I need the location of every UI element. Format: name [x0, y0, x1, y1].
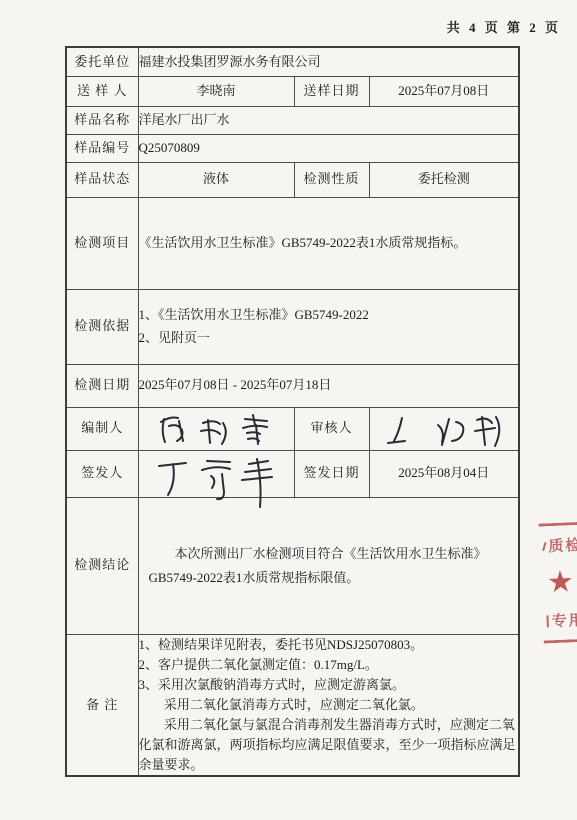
conclusion-cell: 本次所测出厂水检测项目符合《生活饮用水卫生标准》GB5749-2022表1水质常…: [138, 497, 519, 634]
scanned-report-page: 共 4 页 第 2 页 委托单位 福建水投集团罗源水务有限公司 送 样 人 李晓…: [0, 0, 577, 820]
row-sample-no: 样品编号 Q25070809: [66, 134, 519, 162]
stamp-border-bottom: [544, 637, 577, 643]
test-items-label: 检测项目: [66, 197, 138, 289]
preparer-label: 编制人: [66, 407, 138, 450]
row-remarks: 备 注 1、检测结果详见附表，委托书见NDSJ25070803。 2、客户提供二…: [66, 634, 519, 776]
sampler-label: 送 样 人: [66, 76, 138, 106]
test-basis-line: 1、《生活饮用水卫生标准》GB5749-2022: [139, 304, 519, 326]
stamp-text-row-top: 质检: [539, 534, 577, 554]
reviewer-signature: [369, 407, 519, 450]
remarks-label: 备 注: [66, 634, 138, 776]
client-value: 福建水投集团罗源水务有限公司: [138, 47, 519, 76]
remarks-content: 1、检测结果详见附表，委托书见NDSJ25070803。 2、客户提供二氧化氯测…: [138, 634, 519, 776]
stamp-glyph-fragment: [538, 541, 546, 551]
row-sampler: 送 样 人 李晓南 送样日期 2025年07月08日: [66, 76, 519, 106]
conclusion-label: 检测结论: [66, 497, 138, 634]
stamp-border-top: [538, 520, 577, 526]
row-client: 委托单位 福建水投集团罗源水务有限公司: [66, 47, 519, 76]
report-info-table: 委托单位 福建水投集团罗源水务有限公司 送 样 人 李晓南 送样日期 2025年…: [65, 46, 520, 777]
test-basis-label: 检测依据: [66, 289, 138, 364]
sample-name-value: 洋尾水厂出厂水: [138, 106, 519, 134]
test-nature-label: 检测性质: [294, 162, 369, 197]
sample-no-value: Q25070809: [138, 134, 519, 162]
sample-name-label: 样品名称: [66, 106, 138, 134]
test-date-label: 检测日期: [66, 364, 138, 407]
sample-date-label: 送样日期: [294, 76, 369, 106]
row-test-items: 检测项目 《生活饮用水卫生标准》GB5749-2022表1水质常规指标。: [66, 197, 519, 289]
preparer-signature-ink: [145, 410, 295, 452]
test-basis-line: 2、见附页一: [139, 327, 519, 349]
sample-no-label: 样品编号: [66, 134, 138, 162]
row-preparer: 编制人 审核人: [66, 407, 519, 450]
sampler-value: 李晓南: [138, 76, 294, 106]
stamp-text-top: 质检: [548, 534, 577, 556]
stamp-text-bottom: 专用: [551, 609, 577, 631]
row-test-basis: 检测依据 1、《生活饮用水卫生标准》GB5749-2022 2、见附页一: [66, 289, 519, 364]
sample-state-value: 液体: [138, 162, 294, 197]
issue-date-label: 签发日期: [294, 450, 369, 497]
row-sample-name: 样品名称 洋尾水厂出厂水: [66, 106, 519, 134]
reviewer-label: 审核人: [294, 407, 369, 450]
stamp-text-row-bottom: 专用: [542, 609, 577, 629]
remark-line: 1、检测结果详见附表，委托书见NDSJ25070803。: [139, 635, 519, 655]
issue-date-value: 2025年08月04日: [369, 450, 519, 497]
remark-line: 采用二氧化氯与氯混合消毒剂发生器消毒方式时，应测定二氧化氯和游离氯，两项指标均应…: [139, 715, 519, 775]
test-date-value: 2025年07月08日 - 2025年07月18日: [138, 364, 519, 407]
reviewer-signature-ink: [376, 410, 518, 456]
stamp-glyph-fragment: [542, 615, 549, 627]
remark-line: 2、客户提供二氧化氯测定值：0.17mg/L。: [139, 655, 519, 675]
row-issuer: 签发人 签发日期 2025年08月04日: [66, 450, 519, 497]
conclusion-text: 本次所测出厂水检测项目符合《生活饮用水卫生标准》GB5749-2022表1水质常…: [139, 542, 519, 589]
issuer-label: 签发人: [66, 450, 138, 497]
row-sample-state: 样品状态 液体 检测性质 委托检测: [66, 162, 519, 197]
row-test-date: 检测日期 2025年07月08日 - 2025年07月18日: [66, 364, 519, 407]
official-stamp: 质检 ★ 专用: [538, 520, 577, 643]
remark-line: 3、采用次氯酸钠消毒方式时，应测定游离氯。: [139, 675, 519, 695]
sample-state-label: 样品状态: [66, 162, 138, 197]
issuer-signature-ink: [145, 453, 295, 511]
remark-line: 采用二氧化氯消毒方式时，应测定二氧化氯。: [139, 695, 519, 715]
page-number-indicator: 共 4 页 第 2 页: [447, 17, 561, 36]
preparer-signature: [138, 407, 294, 450]
test-basis-value: 1、《生活饮用水卫生标准》GB5749-2022 2、见附页一: [138, 289, 519, 364]
client-label: 委托单位: [66, 47, 138, 76]
stamp-star-icon: ★: [546, 562, 577, 601]
row-conclusion: 检测结论 本次所测出厂水检测项目符合《生活饮用水卫生标准》GB5749-2022…: [66, 497, 519, 634]
issuer-signature: [138, 450, 294, 497]
test-items-value: 《生活饮用水卫生标准》GB5749-2022表1水质常规指标。: [138, 197, 519, 289]
sample-date-value: 2025年07月08日: [369, 76, 519, 106]
test-nature-value: 委托检测: [369, 162, 519, 197]
